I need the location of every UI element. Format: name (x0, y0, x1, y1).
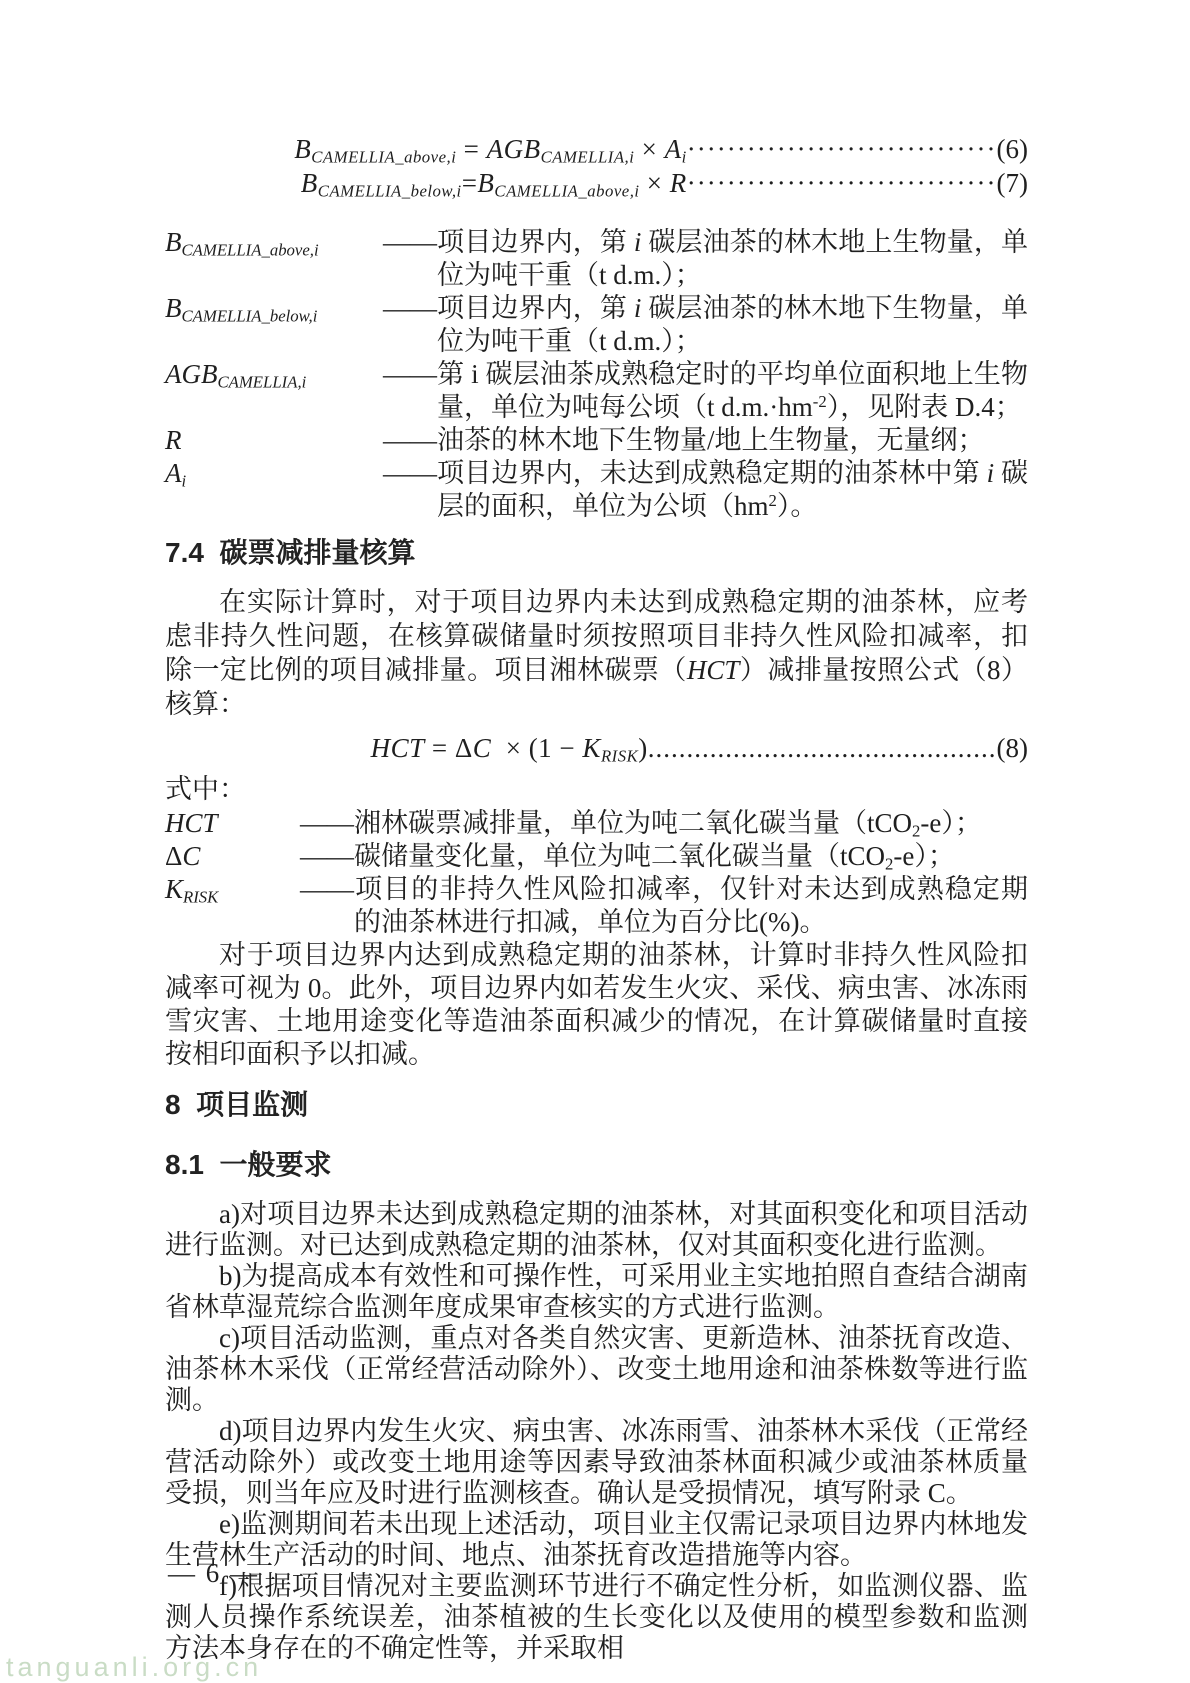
equation-6-number: (6) (997, 132, 1028, 166)
equation-7-number: (7) (997, 166, 1028, 200)
definition-term: ΔC (165, 840, 300, 873)
page-number: — 6 — (168, 1556, 259, 1590)
section-heading-7-4: 7.4 碳票减排量核算 (165, 537, 1028, 569)
equation-7-leader-dots: ······························· (687, 166, 997, 200)
paragraph-risk-deduction: 对于项目边界内达到成熟稳定期的油茶林，计算时非持久性风险扣减率可视为 0。此外，… (165, 939, 1028, 1071)
definition-term: AGBCAMELLIA,i (165, 358, 383, 424)
equation-6-expression: BCAMELLIA_above,i = AGBCAMELLIA,i × Ai (294, 132, 687, 166)
monitoring-item-e: e)监测期间若未出现上述活动，项目业主仅需记录项目边界内林地发生营林生产活动的时… (165, 1509, 1028, 1571)
definition-description: ——碳储量变化量，单位为吨二氧化碳当量（tCO2-e）； (300, 840, 1028, 873)
definition-description: ——第 i 碳层油茶成熟稳定时的平均单位面积地上生物量，单位为吨每公顷（t d.… (383, 358, 1028, 424)
definition-term: R (165, 424, 383, 457)
definition-row: R ——油茶的林木地下生物量/地上生物量，无量纲； (165, 424, 1028, 457)
definition-term: BCAMELLIA_below,i (165, 292, 383, 358)
section-heading-8-1: 8.1 一般要求 (165, 1149, 1028, 1181)
document-page: BCAMELLIA_above,i = AGBCAMELLIA,i × Ai··… (0, 0, 1190, 1683)
section-heading-8: 8 项目监测 (165, 1089, 1028, 1121)
monitoring-item-b: b)为提高成本有效性和可操作性，可采用业主实地拍照自查结合湖南省林草湿荒综合监测… (165, 1261, 1028, 1323)
equation-8-expression: HCT = ΔC × (1 − KRISK) (371, 731, 648, 765)
definition-row: HCT ——湘林碳票减排量，单位为吨二氧化碳当量（tCO2-e）； (165, 807, 1028, 840)
equation-group-8: HCT = ΔC × (1 − KRISK)..................… (165, 731, 1028, 765)
paragraph-hct-intro: 在实际计算时，对于项目边界内未达到成熟稳定期的油茶林，应考虑非持久性问题，在核算… (165, 585, 1028, 721)
page-content: BCAMELLIA_above,i = AGBCAMELLIA,i × Ai··… (165, 132, 1028, 1664)
equation-7: BCAMELLIA_below,i=BCAMELLIA_above,i × R·… (165, 166, 1028, 200)
equation-group-6-7: BCAMELLIA_above,i = AGBCAMELLIA,i × Ai··… (165, 132, 1028, 200)
definition-term: KRISK (165, 873, 300, 939)
definition-term: HCT (165, 807, 300, 840)
watermark-text: tanguanli.org.cn (6, 1650, 262, 1683)
definition-row: Ai ——项目边界内，未达到成熟稳定期的油茶林中第 i 碳层的面积，单位为公顷（… (165, 457, 1028, 523)
monitoring-item-f: f)根据项目情况对主要监测环节进行不确定性分析，如监测仪器、监测人员操作系统误差… (165, 1571, 1028, 1664)
definition-description: ——油茶的林木地下生物量/地上生物量，无量纲； (383, 424, 1028, 457)
definition-term: BCAMELLIA_above,i (165, 226, 383, 292)
definition-row: ΔC ——碳储量变化量，单位为吨二氧化碳当量（tCO2-e）； (165, 840, 1028, 873)
definition-term: Ai (165, 457, 383, 523)
monitoring-item-c: c)项目活动监测，重点对各类自然灾害、更新造林、油茶抚育改造、油茶林木采伐（正常… (165, 1323, 1028, 1416)
monitoring-items-list: a)对项目边界未达到成熟稳定期的油茶林，对其面积变化和项目活动进行监测。对已达到… (165, 1199, 1028, 1664)
equation-8-number: (8) (997, 731, 1028, 765)
equation-8: HCT = ΔC × (1 − KRISK)..................… (165, 731, 1028, 765)
definition-row: AGBCAMELLIA,i ——第 i 碳层油茶成熟稳定时的平均单位面积地上生物… (165, 358, 1028, 424)
monitoring-item-a: a)对项目边界未达到成熟稳定期的油茶林，对其面积变化和项目活动进行监测。对已达到… (165, 1199, 1028, 1261)
equation-6: BCAMELLIA_above,i = AGBCAMELLIA,i × Ai··… (165, 132, 1028, 166)
where-label: 式中： (165, 771, 1028, 807)
definition-row: BCAMELLIA_below,i ——项目边界内，第 i 碳层油茶的林木地下生… (165, 292, 1028, 358)
definition-description: ——湘林碳票减排量，单位为吨二氧化碳当量（tCO2-e）； (300, 807, 1028, 840)
definition-description: ——项目边界内，未达到成熟稳定期的油茶林中第 i 碳层的面积，单位为公顷（hm2… (383, 457, 1028, 523)
definition-row: BCAMELLIA_above,i ——项目边界内，第 i 碳层油茶的林木地上生… (165, 226, 1028, 292)
definition-list-biomass: BCAMELLIA_above,i ——项目边界内，第 i 碳层油茶的林木地上生… (165, 226, 1028, 523)
definition-description: ——项目边界内，第 i 碳层油茶的林木地上生物量，单位为吨干重（t d.m.）； (383, 226, 1028, 292)
definition-list-hct: HCT ——湘林碳票减排量，单位为吨二氧化碳当量（tCO2-e）； ΔC ——碳… (165, 807, 1028, 939)
equation-7-expression: BCAMELLIA_below,i=BCAMELLIA_above,i × R (301, 166, 687, 200)
definition-row: KRISK ——项目的非持久性风险扣减率，仅针对未达到成熟稳定期的油茶林进行扣减… (165, 873, 1028, 939)
definition-description: ——项目的非持久性风险扣减率，仅针对未达到成熟稳定期的油茶林进行扣减，单位为百分… (300, 873, 1028, 939)
definition-description: ——项目边界内，第 i 碳层油茶的林木地下生物量，单位为吨干重（t d.m.）； (383, 292, 1028, 358)
monitoring-item-d: d)项目边界内发生火灾、病虫害、冰冻雨雪、油茶林木采伐（正常经营活动除外）或改变… (165, 1416, 1028, 1509)
equation-8-leader-dots: ........................................… (648, 731, 997, 765)
equation-6-leader-dots: ······························· (687, 132, 997, 166)
